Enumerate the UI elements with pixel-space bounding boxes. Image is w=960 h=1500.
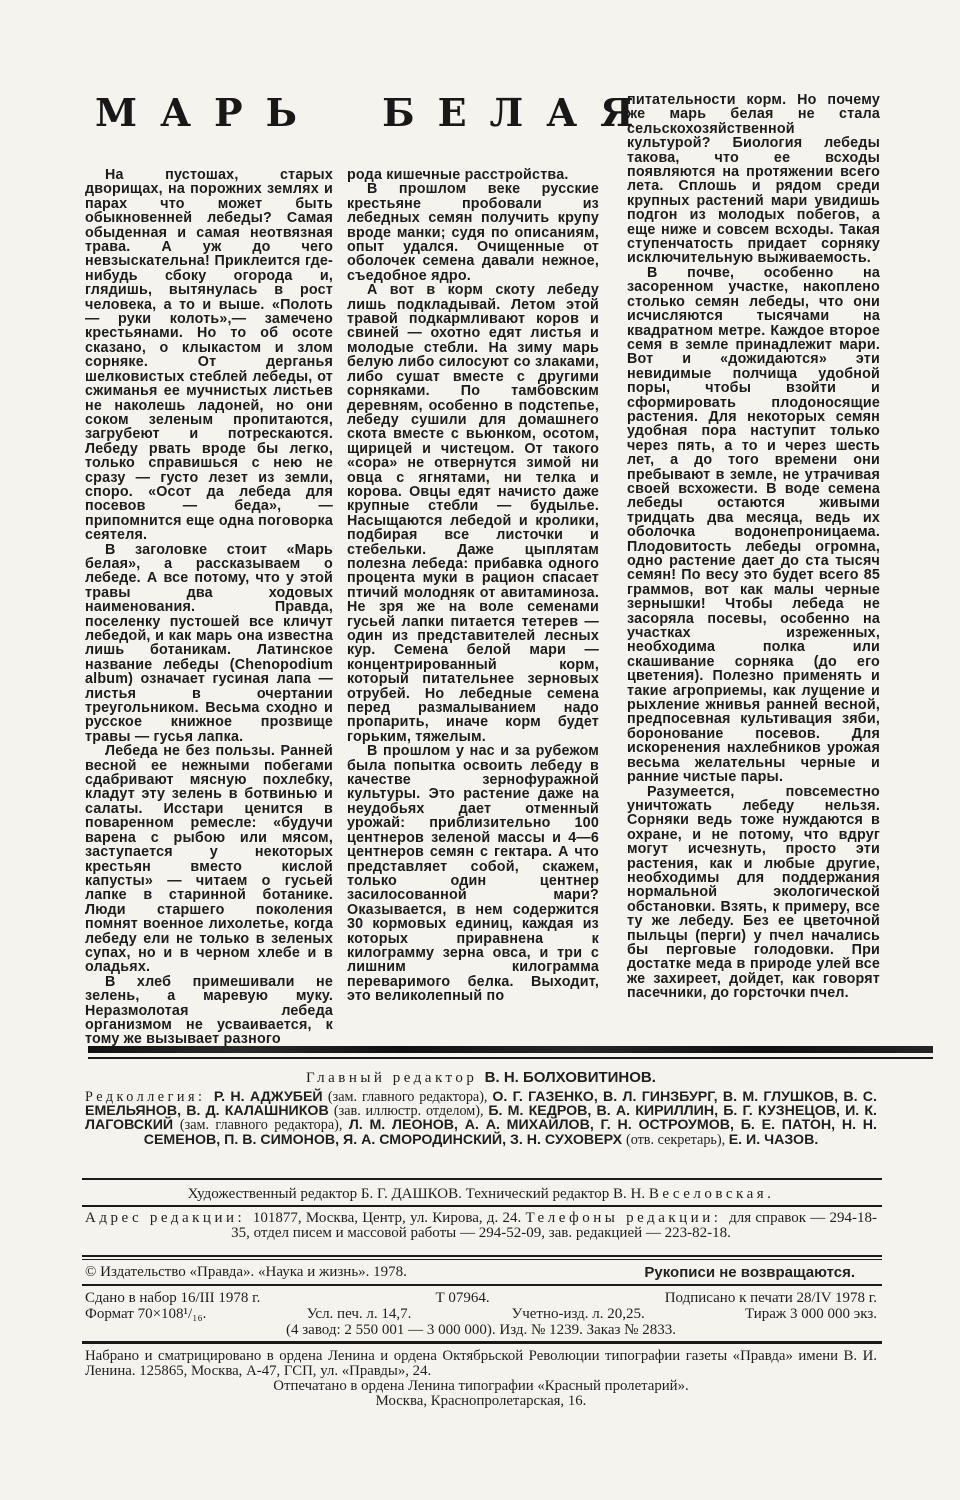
article-column-2: рода кишечные расстройства.В прошлом век… bbox=[347, 168, 599, 1046]
editorial-address: Адрес редакции: 101877, Москва, Центр, у… bbox=[85, 1211, 877, 1240]
chief-editor-line: Главный редактор В. Н. БОЛХОВИТИНОВ. bbox=[85, 1069, 877, 1087]
print-info-row-3: (4 завод: 2 550 001 — 3 000 000). Изд. №… bbox=[85, 1323, 877, 1338]
text-segment: 101877, Москва, Центр, ул. Кирова, д. 24… bbox=[253, 1210, 526, 1226]
divider-rule bbox=[82, 1255, 882, 1257]
article-column-3: питательности корм. Но почему же марь бе… bbox=[627, 93, 880, 1046]
copyright-text: © Издательство «Правда». «Наука и жизнь»… bbox=[85, 1264, 407, 1281]
editorial-board: Редколлегия: Р. Н. АДЖУБЕЙ (зам. главног… bbox=[85, 1090, 877, 1147]
magazine-page: МАРЬ БЕЛАЯ На пустошах, старых дворищах,… bbox=[0, 0, 960, 1500]
text-segment: В. Н. БОЛХОВИТИНОВ. bbox=[485, 1069, 656, 1086]
copyright-row: © Издательство «Правда». «Наука и жизнь»… bbox=[85, 1264, 877, 1281]
printer-line-2: Отпечатано в ордена Ленина типографии «К… bbox=[85, 1379, 877, 1394]
paragraph: В заголовке стоит «Марь белая», а расска… bbox=[85, 543, 333, 745]
text-segment: Адрес редакции: bbox=[85, 1210, 253, 1226]
text-segment: Веселовская. bbox=[649, 1186, 775, 1202]
article-title: МАРЬ БЕЛАЯ bbox=[95, 90, 605, 135]
text-segment: Телефоны редакции: bbox=[525, 1210, 729, 1226]
paragraph: Разумеется, повсеместно уничтожать лебед… bbox=[627, 785, 880, 1001]
article-column-1: На пустошах, старых дворищах, на порожни… bbox=[85, 168, 333, 1046]
paragraph: В хлеб примешивали не зелень, а маревую … bbox=[85, 975, 333, 1047]
text-segment: (отв. секретарь), bbox=[626, 1132, 729, 1148]
divider-rule bbox=[82, 1341, 882, 1344]
print-info-row-2: Формат 70×108¹/₁₆.Усл. печ. л. 14,7.Учет… bbox=[85, 1307, 877, 1322]
paragraph: рода кишечные расстройства. bbox=[347, 168, 599, 182]
divider-rule bbox=[82, 1284, 882, 1286]
paragraph: В почве, особенно на засоренном участке,… bbox=[627, 266, 880, 785]
paragraph: В прошлом у нас и за рубежом была попытк… bbox=[347, 744, 599, 1003]
paragraph: питательности корм. Но почему же марь бе… bbox=[627, 93, 880, 266]
print-info-cell: Т 07964. bbox=[435, 1291, 489, 1306]
print-info-cell: Учетно-изд. л. 20,25. bbox=[512, 1307, 645, 1322]
text-segment: Главный редактор bbox=[306, 1070, 485, 1086]
print-info-cell: Тираж 3 000 000 экз. bbox=[745, 1307, 877, 1322]
paragraph: Лебеда не без пользы. Ранней весной ее н… bbox=[85, 744, 333, 975]
art-tech-editors-line: Художественный редактор Б. Г. ДАШКОВ. Те… bbox=[85, 1186, 877, 1203]
divider-rule-companion bbox=[82, 1259, 882, 1260]
article-bottom-rule-heavy bbox=[88, 1046, 933, 1053]
manuscripts-notice: Рукописи не возвращаются. bbox=[644, 1264, 855, 1281]
paragraph: А вот в корм скоту лебеду лишь подкладыв… bbox=[347, 283, 599, 744]
article-bottom-rule-thin bbox=[88, 1057, 933, 1059]
text-segment: Е. И. ЧАЗОВ. bbox=[729, 1132, 819, 1148]
paragraph: На пустошах, старых дворищах, на порожни… bbox=[85, 168, 333, 543]
printer-line-3: Москва, Краснопролетарская, 16. bbox=[85, 1394, 877, 1409]
print-info-row-1: Сдано в набор 16/III 1978 г.Т 07964.Подп… bbox=[85, 1291, 877, 1306]
divider-rule bbox=[82, 1205, 882, 1207]
print-info-cell: Подписано к печати 28/IV 1978 г. bbox=[665, 1291, 877, 1306]
printer-paragraph: Набрано и сматрицировано в ордена Ленина… bbox=[85, 1349, 877, 1378]
divider-rule bbox=[82, 1178, 882, 1180]
paragraph: В прошлом веке русские крестьяне пробова… bbox=[347, 182, 599, 283]
print-info-cell: Усл. печ. л. 14,7. bbox=[307, 1307, 412, 1322]
print-info-cell: Сдано в набор 16/III 1978 г. bbox=[85, 1291, 260, 1306]
text-segment: Художественный редактор Б. Г. ДАШКОВ. Те… bbox=[188, 1186, 649, 1202]
print-info-cell: Формат 70×108¹/₁₆. bbox=[85, 1307, 206, 1322]
